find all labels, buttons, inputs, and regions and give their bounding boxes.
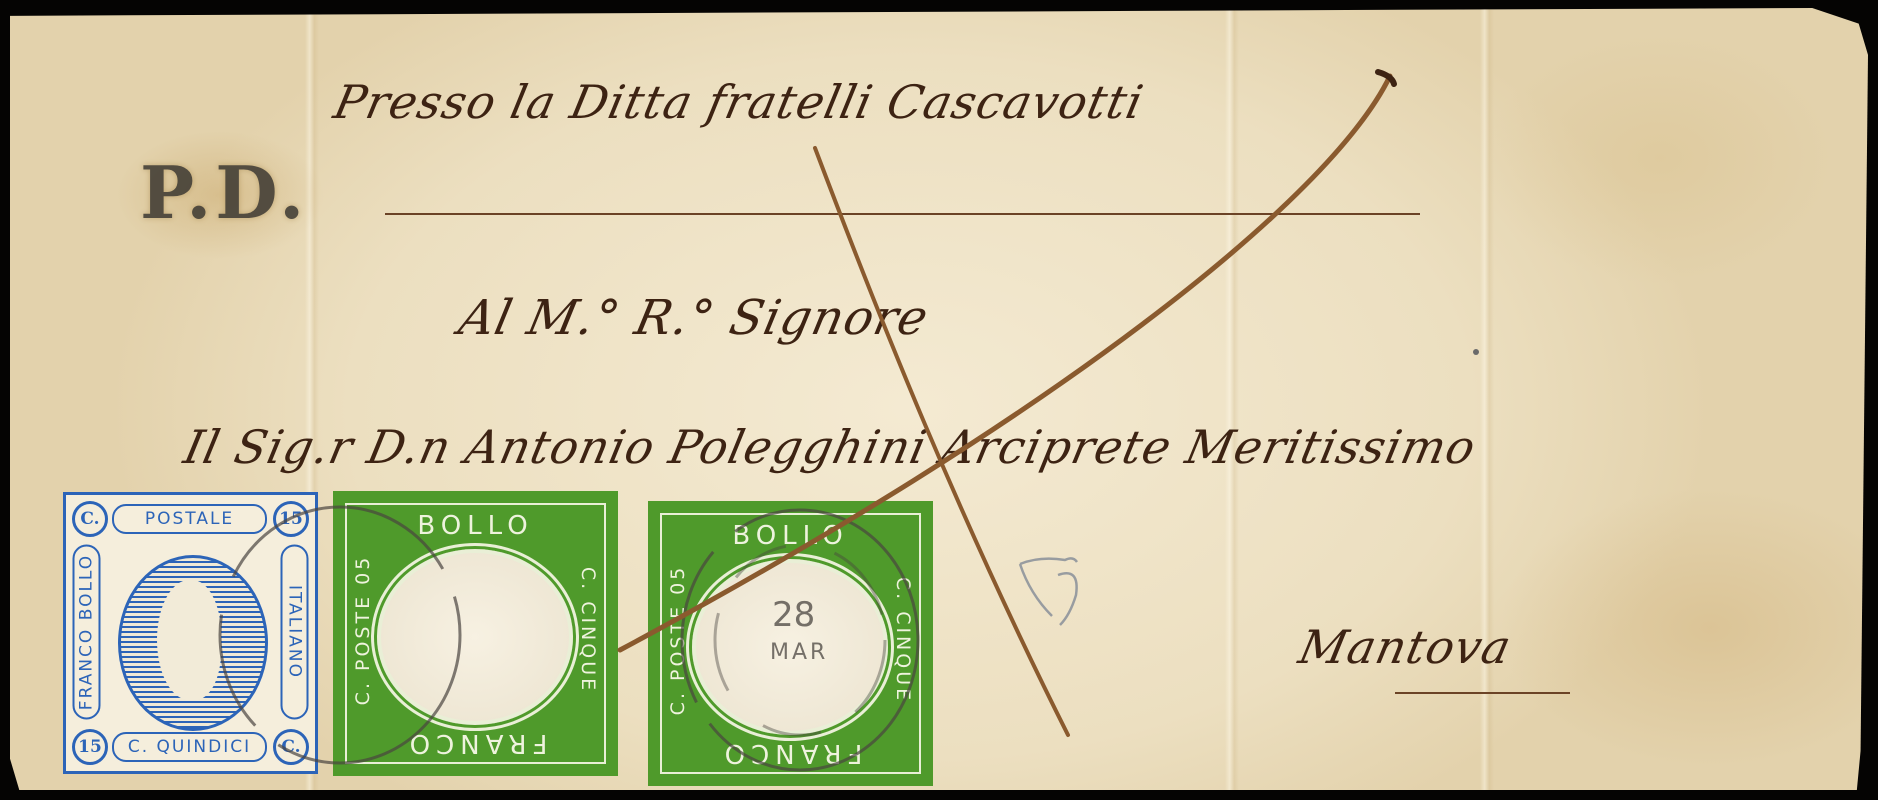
postmark-circle-left (220, 507, 460, 763)
ink-dot (1473, 349, 1479, 355)
ink-overlay (0, 0, 1878, 800)
pencil-mark (1020, 558, 1077, 625)
crossing-x-mark (620, 72, 1394, 735)
